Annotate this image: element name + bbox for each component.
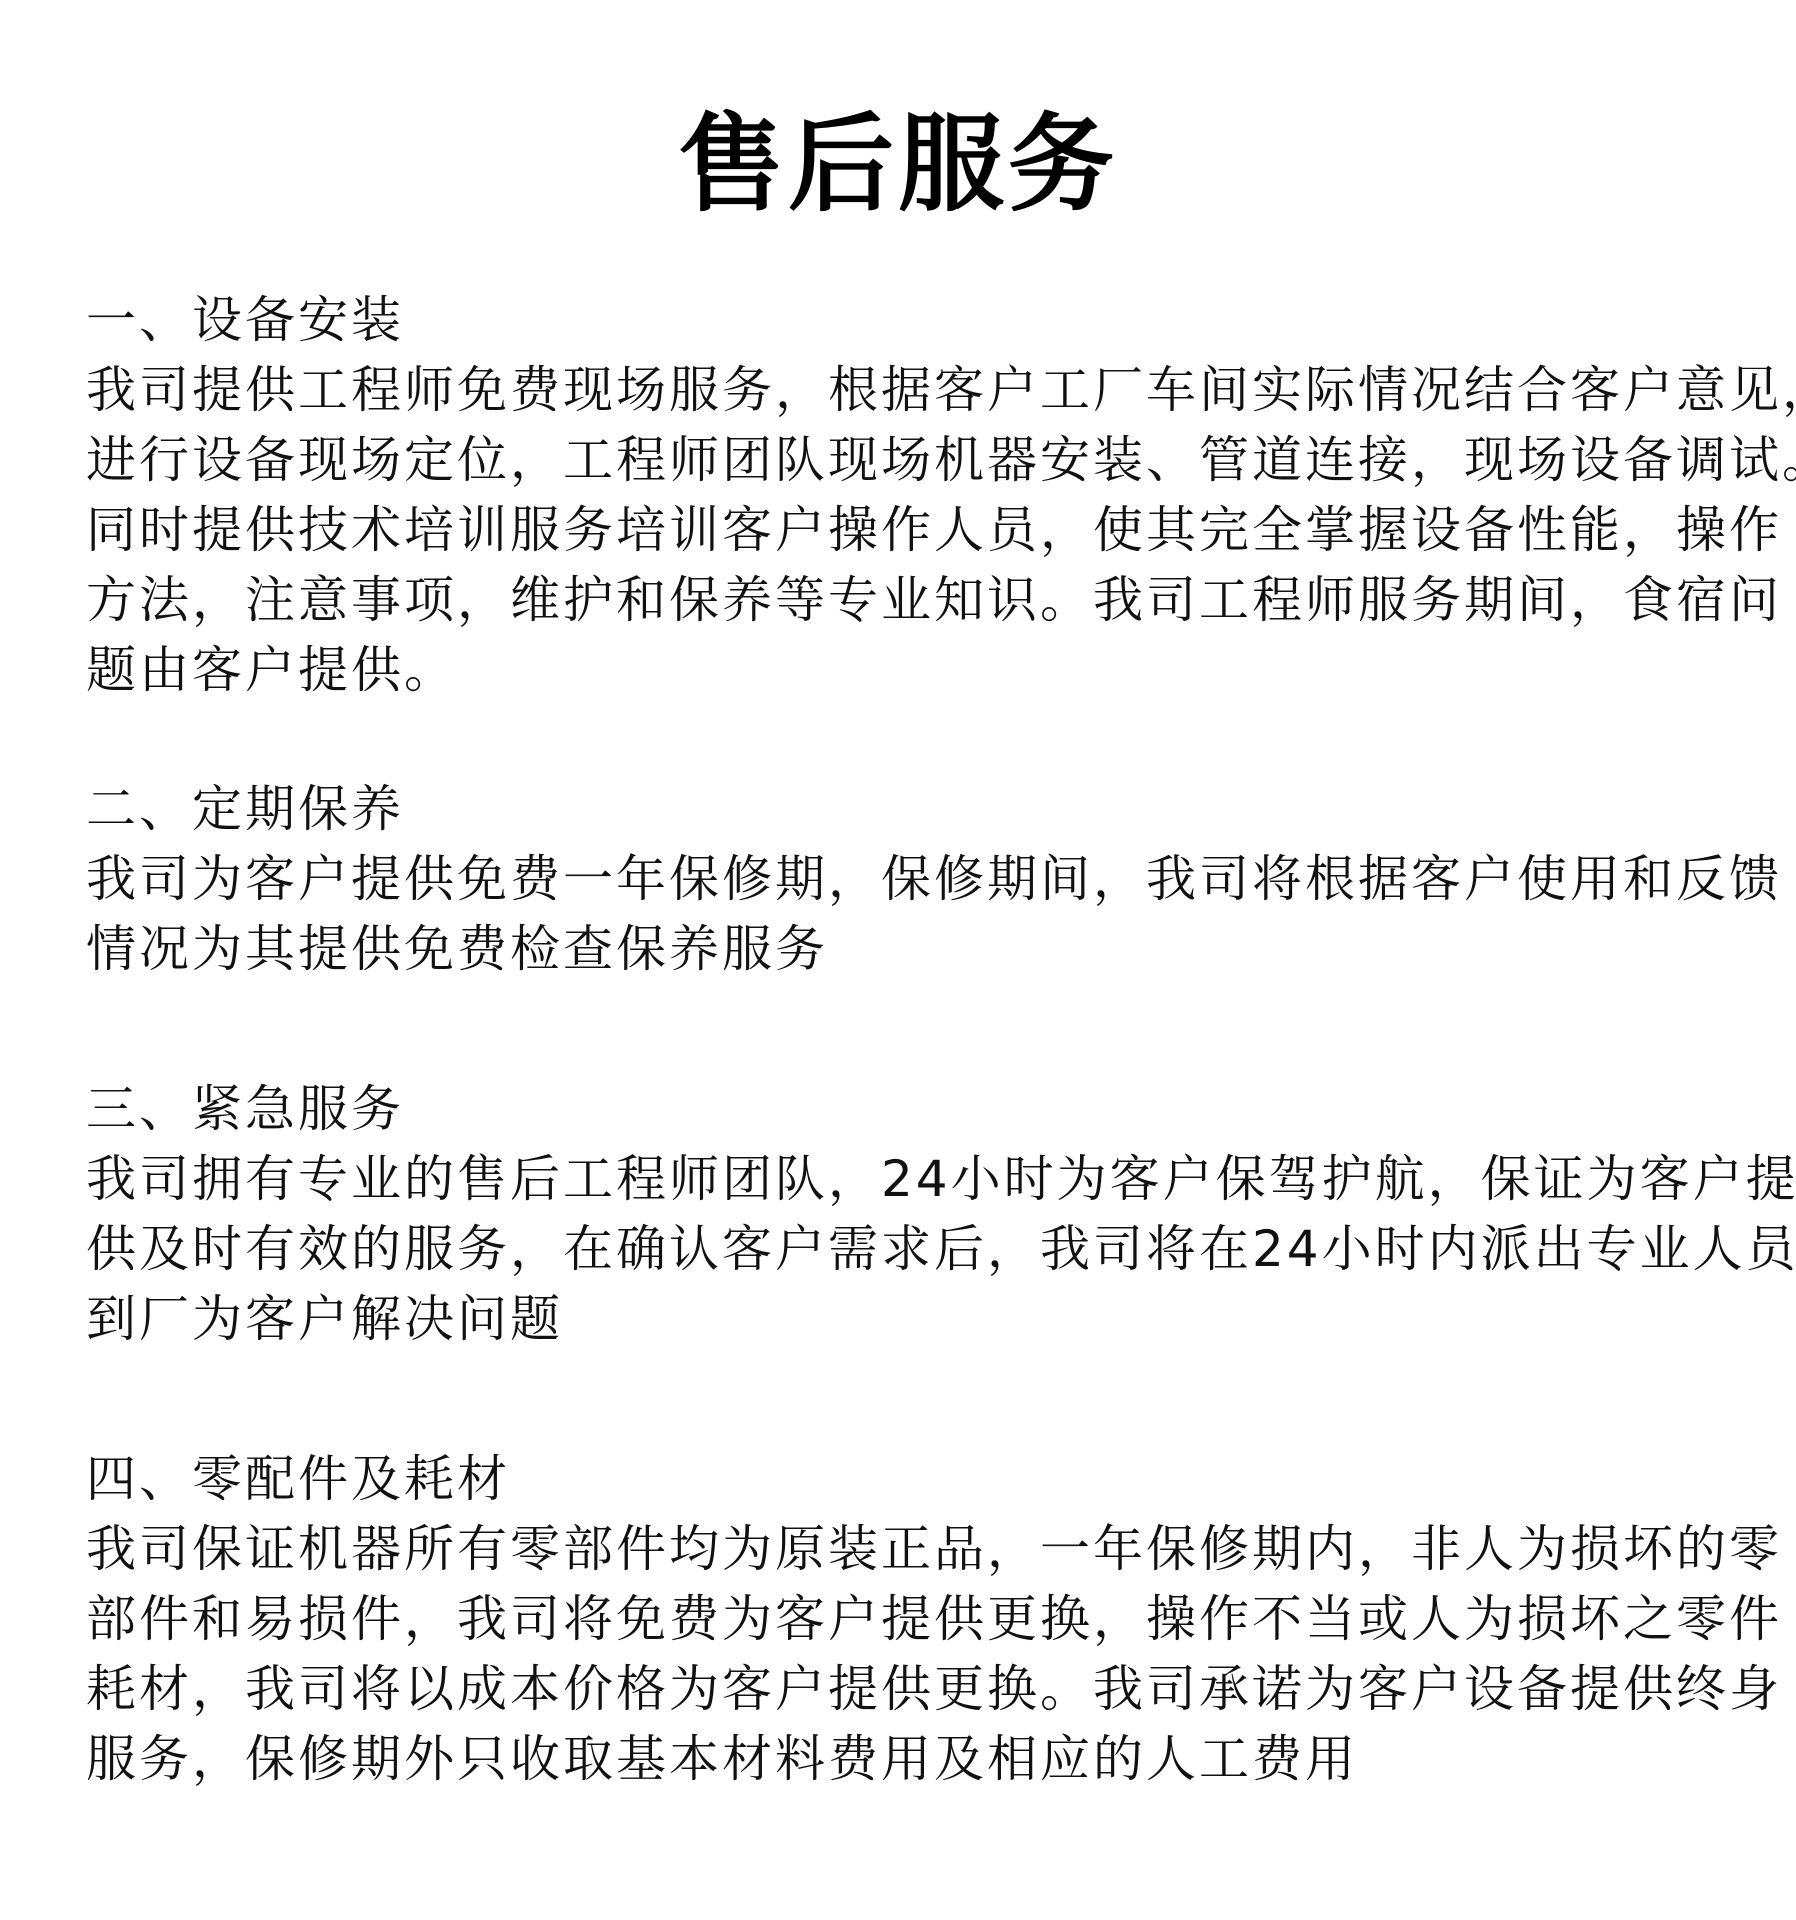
section-body-line: 我司拥有专业的售后工程师团队，24小时为客户保驾护航，保证为客户提	[86, 1144, 1766, 1214]
section-body-line: 情况为其提供免费检查保养服务	[86, 914, 1766, 984]
section-emergency-service: 三、紧急服务 我司拥有专业的售后工程师团队，24小时为客户保驾护航，保证为客户提…	[86, 1074, 1766, 1354]
section-body-line: 我司为客户提供免费一年保修期，保修期间，我司将根据客户使用和反馈	[86, 844, 1766, 914]
section-body-line: 耗材，我司将以成本价格为客户提供更换。我司承诺为客户设备提供终身	[86, 1654, 1766, 1724]
section-body-line: 我司保证机器所有零部件均为原装正品，一年保修期内，非人为损坏的零	[86, 1514, 1766, 1584]
section-body-line: 题由客户提供。	[86, 635, 1766, 705]
section-body-line: 方法，注意事项，维护和保养等专业知识。我司工程师服务期间，食宿问	[86, 565, 1766, 635]
section-equipment-installation: 一、设备安装 我司提供工程师免费现场服务，根据客户工厂车间实际情况结合客户意见，…	[86, 285, 1766, 705]
section-body-line: 到厂为客户解决问题	[86, 1284, 1766, 1354]
section-body-line: 我司提供工程师免费现场服务，根据客户工厂车间实际情况结合客户意见，	[86, 355, 1766, 425]
section-body-line: 进行设备现场定位，工程师团队现场机器安装、管道连接，现场设备调试。	[86, 425, 1766, 495]
section-heading: 四、零配件及耗材	[86, 1444, 1766, 1514]
section-body-line: 供及时有效的服务，在确认客户需求后，我司将在24小时内派出专业人员	[86, 1214, 1766, 1284]
section-heading: 三、紧急服务	[86, 1074, 1766, 1144]
section-heading: 二、定期保养	[86, 774, 1766, 844]
page-title: 售后服务	[0, 99, 1796, 229]
section-body-line: 服务，保修期外只收取基本材料费用及相应的人工费用	[86, 1724, 1766, 1794]
section-body-line: 同时提供技术培训服务培训客户操作人员，使其完全掌握设备性能，操作	[86, 495, 1766, 565]
section-body-line: 部件和易损件，我司将免费为客户提供更换，操作不当或人为损坏之零件	[86, 1584, 1766, 1654]
section-parts-and-consumables: 四、零配件及耗材 我司保证机器所有零部件均为原装正品，一年保修期内，非人为损坏的…	[86, 1444, 1766, 1794]
section-heading: 一、设备安装	[86, 285, 1766, 355]
section-regular-maintenance: 二、定期保养 我司为客户提供免费一年保修期，保修期间，我司将根据客户使用和反馈 …	[86, 774, 1766, 984]
